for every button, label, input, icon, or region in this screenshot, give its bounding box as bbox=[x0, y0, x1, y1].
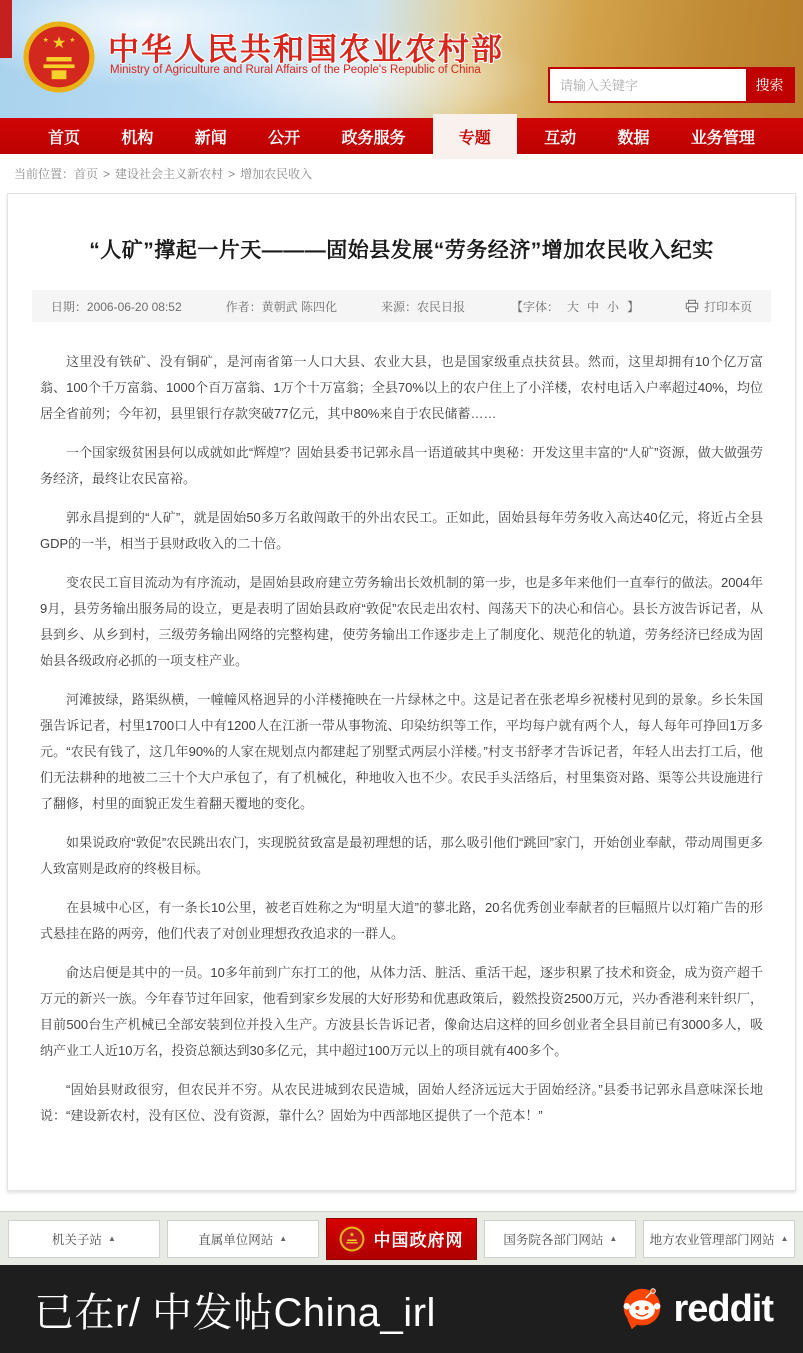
china-gov-site-button[interactable]: ★ 中国政府网 bbox=[326, 1218, 478, 1260]
national-emblem-icon: ★ ★ ★ bbox=[22, 20, 96, 94]
print-page-label: 打印本页 bbox=[704, 298, 752, 315]
article-date: 日期：2006-06-20 08:52 bbox=[51, 298, 182, 315]
site-subtitle: Ministry of Agriculture and Rural Affair… bbox=[110, 64, 481, 76]
article-paragraph: 俞达启便是其中的一员。10多年前到广东打工的他，从体力活、脏活、重活干起，逐步积… bbox=[40, 960, 763, 1064]
breadcrumb-separator: > bbox=[228, 167, 235, 181]
nav-item-topics-active[interactable]: 专题 bbox=[433, 114, 517, 159]
svg-text:★: ★ bbox=[69, 37, 75, 44]
footer-affiliated-units-label: 直属单位网站 bbox=[198, 1230, 273, 1248]
breadcrumb-link-increase-income[interactable]: 增加农民收入 bbox=[240, 167, 312, 181]
article-paragraph: 河滩披绿，路渠纵横，一幢幢风格迥异的小洋楼掩映在一片绿林之中。这是记者在张老埠乡… bbox=[40, 687, 763, 817]
search-input[interactable] bbox=[550, 69, 746, 101]
font-size-small[interactable]: 小 bbox=[607, 298, 619, 315]
footer-affiliated-units-button[interactable]: 直属单位网站 ▲ bbox=[167, 1220, 319, 1258]
breadcrumb-link-new-countryside[interactable]: 建设社会主义新农村 bbox=[115, 167, 223, 181]
nav-item-interaction[interactable]: 互动 bbox=[530, 118, 590, 155]
nav-item-home[interactable]: 首页 bbox=[34, 118, 94, 155]
footer-local-agri-depts-button[interactable]: 地方农业管理部门网站 ▲ bbox=[643, 1220, 795, 1258]
footer-local-agri-depts-label: 地方农业管理部门网站 bbox=[650, 1230, 775, 1248]
article-body: 这里没有铁矿、没有铜矿，是河南省第一人口大县、农业大县，也是国家级重点扶贫县。然… bbox=[8, 322, 795, 1129]
site-header: ★ ★ ★ 中华人民共和国农业农村部 Ministry of Agricultu… bbox=[0, 0, 803, 118]
nav-item-services[interactable]: 政务服务 bbox=[327, 118, 419, 155]
article-author: 作者：黄朝武 陈四化 bbox=[226, 298, 337, 315]
nav-item-business[interactable]: 业务管理 bbox=[677, 118, 769, 155]
nav-item-organization[interactable]: 机构 bbox=[107, 118, 167, 155]
breadcrumb: 当前位置：首页>建设社会主义新农村>增加农民收入 bbox=[0, 154, 803, 191]
reddit-logo: reddit bbox=[619, 1286, 773, 1332]
footer-state-council-depts-label: 国务院各部门网站 bbox=[503, 1230, 603, 1248]
footer-subsites-button[interactable]: 机关子站 ▲ bbox=[8, 1220, 160, 1258]
article-meta-bar: 日期：2006-06-20 08:52 作者：黄朝武 陈四化 来源：农民日报 【… bbox=[32, 290, 771, 322]
breadcrumb-link-home[interactable]: 首页 bbox=[74, 167, 98, 181]
svg-text:★: ★ bbox=[43, 37, 49, 44]
article-source: 来源：农民日报 bbox=[381, 298, 465, 315]
font-switch-label: 【字体： bbox=[511, 298, 559, 315]
article-paragraph: “固始县财政很穷，但农民并不穷。从农民进城到农民造城，固始人经济远远大于固始经济… bbox=[40, 1077, 763, 1129]
nav-item-data[interactable]: 数据 bbox=[604, 118, 664, 155]
font-switch-label-close: 】 bbox=[627, 298, 639, 315]
search-button[interactable]: 搜索 bbox=[746, 69, 793, 101]
reddit-share-caption: 已在r/ 中发帖China_irl bbox=[34, 1281, 436, 1338]
article-paragraph: 变农民工盲目流动为有序流动，是固始县政府建立劳务输出长效机制的第一步，也是多年来… bbox=[40, 570, 763, 674]
svg-text:★: ★ bbox=[350, 1231, 356, 1238]
nav-item-news[interactable]: 新闻 bbox=[181, 118, 241, 155]
corner-red-strip bbox=[0, 0, 12, 58]
article-container: “人矿”撑起一片天———固始县发展“劳务经济”增加农民收入纪实 日期：2006-… bbox=[7, 193, 796, 1191]
article-paragraph: 郭永昌提到的“人矿”，就是固始50多万名敢闯敢干的外出农民工。正如此，固始县每年… bbox=[40, 505, 763, 557]
print-page-button[interactable]: 打印本页 bbox=[685, 298, 752, 315]
article-paragraph: 如果说政府“敦促”农民跳出农门，实现脱贫致富是最初理想的话，那么吸引他们“跳回”… bbox=[40, 830, 763, 882]
reddit-snoo-icon bbox=[619, 1286, 665, 1332]
chevron-up-icon: ▲ bbox=[108, 1234, 116, 1243]
article-paragraph: 在县城中心区，有一条长10公里，被老百姓称之为“明星大道”的蓼北路，20名优秀创… bbox=[40, 895, 763, 947]
footer-site-links: 机关子站 ▲ 直属单位网站 ▲ ★ 中国政府网 国务院各部门网站 ▲ 地方农业管… bbox=[0, 1211, 803, 1265]
china-gov-site-label: 中国政府网 bbox=[373, 1226, 463, 1251]
footer-subsites-label: 机关子站 bbox=[52, 1230, 102, 1248]
site-title: 中华人民共和国农业农村部 bbox=[108, 24, 504, 69]
breadcrumb-separator: > bbox=[103, 167, 110, 181]
main-nav: 首页 机构 新闻 公开 政务服务 专题 互动 数据 业务管理 bbox=[0, 118, 803, 154]
article-title: “人矿”撑起一片天———固始县发展“劳务经济”增加农民收入纪实 bbox=[8, 194, 795, 264]
article-paragraph: 这里没有铁矿、没有铜矿，是河南省第一人口大县、农业大县，也是国家级重点扶贫县。然… bbox=[40, 349, 763, 427]
chevron-up-icon: ▲ bbox=[609, 1234, 617, 1243]
reddit-wordmark: reddit bbox=[673, 1288, 773, 1331]
font-size-switch: 【字体： 大 中 小 】 bbox=[509, 298, 641, 315]
chevron-up-icon: ▲ bbox=[279, 1234, 287, 1243]
article-paragraph: 一个国家级贫困县何以成就如此“辉煌”？固始县委书记郭永昌一语道破其中奥秘：开发这… bbox=[40, 440, 763, 492]
breadcrumb-label: 当前位置： bbox=[14, 167, 74, 181]
gov-emblem-icon: ★ bbox=[339, 1226, 365, 1252]
svg-text:★: ★ bbox=[52, 34, 67, 52]
search-bar: 搜索 bbox=[548, 67, 795, 103]
nav-item-disclosure[interactable]: 公开 bbox=[254, 118, 314, 155]
printer-icon bbox=[685, 299, 699, 313]
chevron-up-icon: ▲ bbox=[781, 1234, 789, 1243]
font-size-large[interactable]: 大 bbox=[567, 298, 579, 315]
reddit-share-banner: 已在r/ 中发帖China_irl reddit bbox=[0, 1265, 803, 1353]
font-size-medium[interactable]: 中 bbox=[587, 298, 599, 315]
footer-state-council-depts-button[interactable]: 国务院各部门网站 ▲ bbox=[484, 1220, 636, 1258]
